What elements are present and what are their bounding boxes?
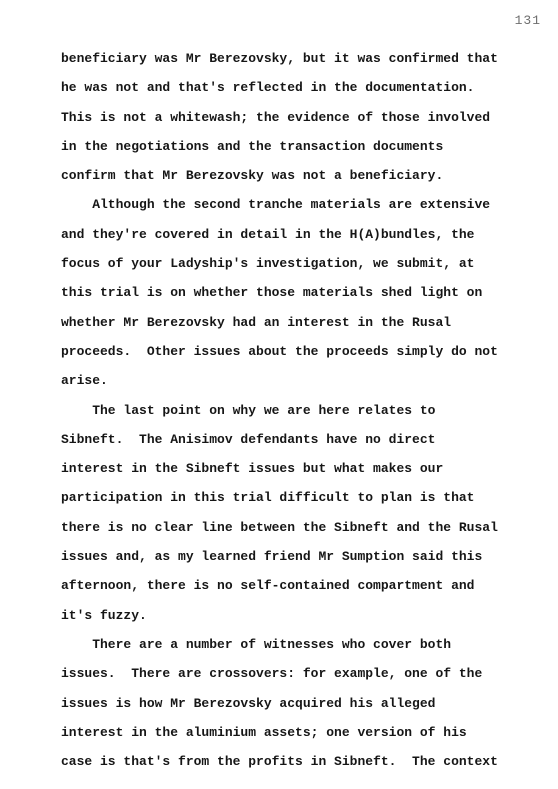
transcript-line: Although the second tranche materials ar… [61, 190, 558, 219]
transcript-line: proceeds. Other issues about the proceed… [61, 337, 558, 366]
transcript-line: interest in the aluminium assets; one ve… [61, 718, 558, 747]
transcript-line: issues and, as my learned friend Mr Sump… [61, 542, 558, 571]
transcript-line: case is that's from the profits in Sibne… [61, 747, 558, 776]
transcript-line: this trial is on whether those materials… [61, 278, 558, 307]
transcript-line: whether Mr Berezovsky had an interest in… [61, 308, 558, 337]
transcript-line: participation in this trial difficult to… [61, 483, 558, 512]
transcript-line: and they're covered in detail in the H(A… [61, 220, 558, 249]
transcript-line: beneficiary was Mr Berezovsky, but it wa… [61, 44, 558, 73]
transcript-line: There are a number of witnesses who cove… [61, 630, 558, 659]
transcript-line: in the negotiations and the transaction … [61, 132, 558, 161]
transcript-line: This is not a whitewash; the evidence of… [61, 103, 558, 132]
transcript-line: there is no clear line between the Sibne… [61, 513, 558, 542]
transcript-line: it's fuzzy. [61, 601, 558, 630]
document-page: 131 beneficiary was Mr Berezovsky, but i… [0, 0, 558, 789]
page-number: 131 [515, 13, 541, 28]
transcript-line: The last point on why we are here relate… [61, 396, 558, 425]
transcript-line: he was not and that's reflected in the d… [61, 73, 558, 102]
transcript-line: afternoon, there is no self-contained co… [61, 571, 558, 600]
transcript-line: issues. There are crossovers: for exampl… [61, 659, 558, 688]
transcript-line: arise. [61, 366, 558, 395]
transcript-line: Sibneft. The Anisimov defendants have no… [61, 425, 558, 454]
transcript-line: interest in the Sibneft issues but what … [61, 454, 558, 483]
transcript-text: beneficiary was Mr Berezovsky, but it wa… [61, 44, 558, 776]
transcript-line: issues is how Mr Berezovsky acquired his… [61, 689, 558, 718]
transcript-line: confirm that Mr Berezovsky was not a ben… [61, 161, 558, 190]
transcript-line: focus of your Ladyship's investigation, … [61, 249, 558, 278]
